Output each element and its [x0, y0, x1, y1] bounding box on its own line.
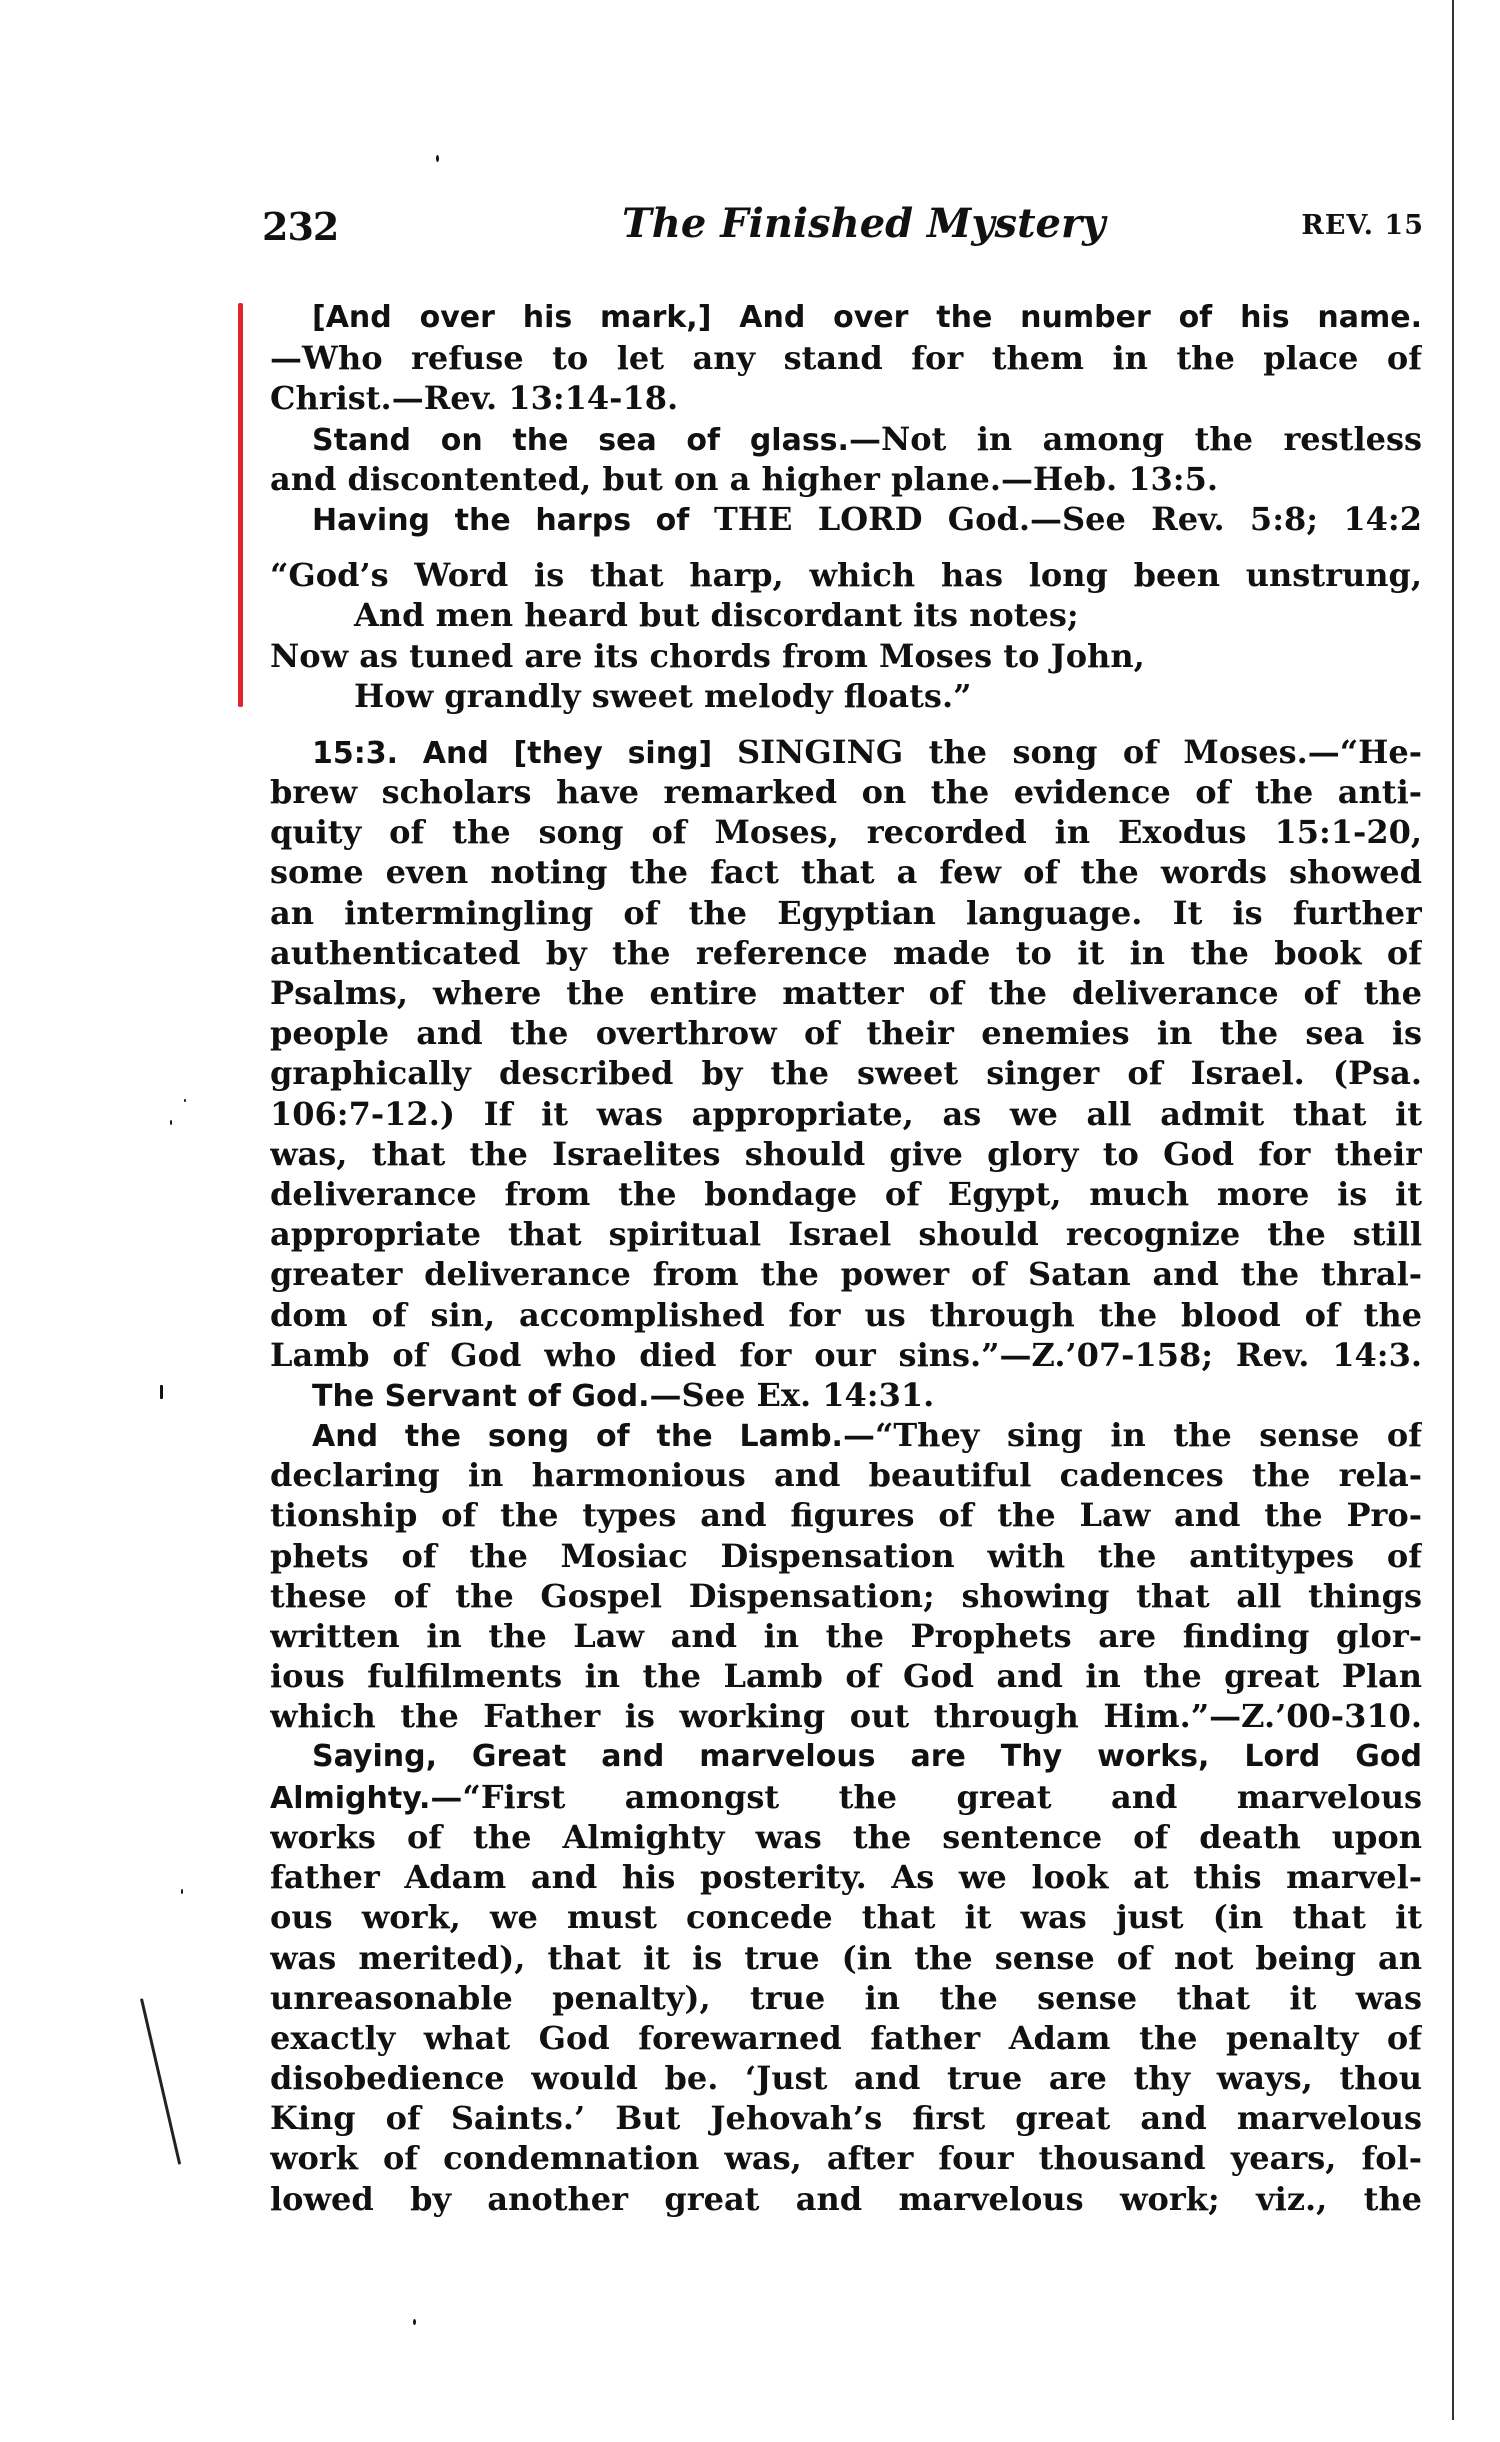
bold-lead: Having the harps of — [312, 503, 714, 538]
bold-lead: 15:3. And [they sing] — [312, 736, 737, 771]
text-line: dom of sin, accomplished for us through … — [270, 1295, 1422, 1335]
text-line: ious fulfilments in the Lamb of God and … — [270, 1656, 1422, 1696]
line-text: —See Ex. 14:31. — [650, 1376, 935, 1414]
text-line: And the song of the Lamb.—“They sing in … — [270, 1415, 1422, 1455]
margin-highlight-bar — [238, 303, 243, 707]
line-text: THE LORD God.—See Rev. 5:8; 14:2 — [714, 500, 1422, 538]
page-body: [And over his mark,] And over the number… — [270, 298, 1422, 2219]
text-line: exactly what God forewarned father Adam … — [270, 2018, 1422, 2058]
text-line: Christ.—Rev. 13:14-18. — [270, 378, 1422, 418]
text-line: which the Father is working out through … — [270, 1696, 1422, 1736]
text-line: King of Saints.’ But Jehovah’s first gre… — [270, 2098, 1422, 2138]
scan-speck — [436, 155, 439, 162]
paragraph-mark: [And over his mark,] And over the number… — [270, 298, 1422, 419]
line-text: —“They sing in the sense of — [843, 1416, 1422, 1454]
text-line: Psalms, where the entire matter of the d… — [270, 973, 1422, 1013]
text-line: authenticated by the reference made to i… — [270, 933, 1422, 973]
bold-lead: Almighty. — [270, 1781, 430, 1816]
paragraph-servant: The Servant of God.—See Ex. 14:31. — [270, 1375, 1422, 1415]
poem-line: And men heard but discordant its notes; — [270, 595, 1422, 635]
text-line: quity of the song of Moses, recorded in … — [270, 812, 1422, 852]
paragraph-sea-of-glass: Stand on the sea of glass.—Not in among … — [270, 419, 1422, 499]
bold-lead: Saying, Great and marvelous are Thy work… — [312, 1739, 1422, 1774]
bold-lead: [And over his mark,] And over the number… — [312, 300, 1422, 335]
paragraph-great-and-marvelous: Saying, Great and marvelous are Thy work… — [270, 1737, 1422, 2219]
line-text: SINGING the song of Moses.—“He- — [737, 733, 1422, 771]
text-line: graphically described by the sweet singe… — [270, 1053, 1422, 1093]
section-reference: REV. 15 — [1301, 210, 1424, 241]
paragraph-song-of-lamb: And the song of the Lamb.—“They sing in … — [270, 1415, 1422, 1737]
page-number: 232 — [262, 204, 338, 249]
scan-speck — [184, 1099, 186, 1102]
text-line: appropriate that spiritual Israel should… — [270, 1214, 1422, 1254]
text-line: declaring in harmonious and beautiful ca… — [270, 1455, 1422, 1495]
bold-lead: The Servant of God. — [312, 1379, 650, 1414]
text-line: these of the Gospel Dispensation; showin… — [270, 1576, 1422, 1616]
text-line: [And over his mark,] And over the number… — [270, 298, 1422, 338]
text-line: people and the overthrow of their enemie… — [270, 1013, 1422, 1053]
text-line: father Adam and his posterity. As we loo… — [270, 1857, 1422, 1897]
scan-speck — [160, 1385, 163, 1399]
text-line: written in the Law and in the Prophets a… — [270, 1616, 1422, 1656]
poem-quote: “God’s Word is that harp, which has long… — [270, 555, 1422, 716]
text-line: 15:3. And [they sing] SINGING the song o… — [270, 732, 1422, 772]
text-line: Almighty.—“First amongst the great and m… — [270, 1777, 1422, 1817]
scan-speck — [413, 2319, 416, 2325]
text-line: phets of the Mosiac Dispensation with th… — [270, 1536, 1422, 1576]
poem-line: How grandly sweet melody floats.” — [270, 676, 1422, 716]
text-line: Saying, Great and marvelous are Thy work… — [270, 1737, 1422, 1777]
text-line: deliverance from the bondage of Egypt, m… — [270, 1174, 1422, 1214]
text-line: —Who refuse to let any stand for them in… — [270, 338, 1422, 378]
running-title: The Finished Mystery — [622, 200, 1105, 247]
text-line: and discontented, but on a higher plane.… — [270, 459, 1422, 499]
scan-mark-diagonal — [140, 1998, 181, 2164]
line-text: —Not in among the restless — [849, 420, 1422, 458]
poem-line: Now as tuned are its chords from Moses t… — [270, 636, 1422, 676]
text-line: Having the harps of THE LORD God.—See Re… — [270, 499, 1422, 539]
text-line: some even noting the fact that a few of … — [270, 852, 1422, 892]
text-line: an intermingling of the Egyptian languag… — [270, 893, 1422, 933]
scan-speck — [170, 1120, 172, 1125]
text-line: Lamb of God who died for our sins.”—Z.’0… — [270, 1335, 1422, 1375]
page-edge-border — [1452, 0, 1454, 2420]
text-line: greater deliverance from the power of Sa… — [270, 1254, 1422, 1294]
paragraph-verse-15-3: 15:3. And [they sing] SINGING the song o… — [270, 732, 1422, 1375]
text-line: was merited), that it is true (in the se… — [270, 1938, 1422, 1978]
text-line: lowed by another great and marvelous wor… — [270, 2179, 1422, 2219]
bold-lead: Stand on the sea of glass. — [312, 423, 849, 458]
text-line: was, that the Israelites should give glo… — [270, 1134, 1422, 1174]
line-text: —“First amongst the great and marvelous — [430, 1778, 1422, 1816]
bold-lead: And the song of the Lamb. — [312, 1419, 843, 1454]
poem-line: “God’s Word is that harp, which has long… — [270, 555, 1422, 595]
text-line: unreasonable penalty), true in the sense… — [270, 1978, 1422, 2018]
text-line: 106:7-12.) If it was appropriate, as we … — [270, 1094, 1422, 1134]
text-line: brew scholars have remarked on the evide… — [270, 772, 1422, 812]
paragraph-harps: Having the harps of THE LORD God.—See Re… — [270, 499, 1422, 539]
text-line: ous work, we must concede that it was ju… — [270, 1897, 1422, 1937]
text-line: work of condemnation was, after four tho… — [270, 2138, 1422, 2178]
text-line: tionship of the types and figures of the… — [270, 1495, 1422, 1535]
text-line: works of the Almighty was the sentence o… — [270, 1817, 1422, 1857]
text-line: disobedience would be. ‘Just and true ar… — [270, 2058, 1422, 2098]
page-header: 232 The Finished Mystery REV. 15 — [262, 200, 1432, 250]
text-line: The Servant of God.—See Ex. 14:31. — [270, 1375, 1422, 1415]
text-line: Stand on the sea of glass.—Not in among … — [270, 419, 1422, 459]
scan-speck — [181, 1889, 183, 1894]
